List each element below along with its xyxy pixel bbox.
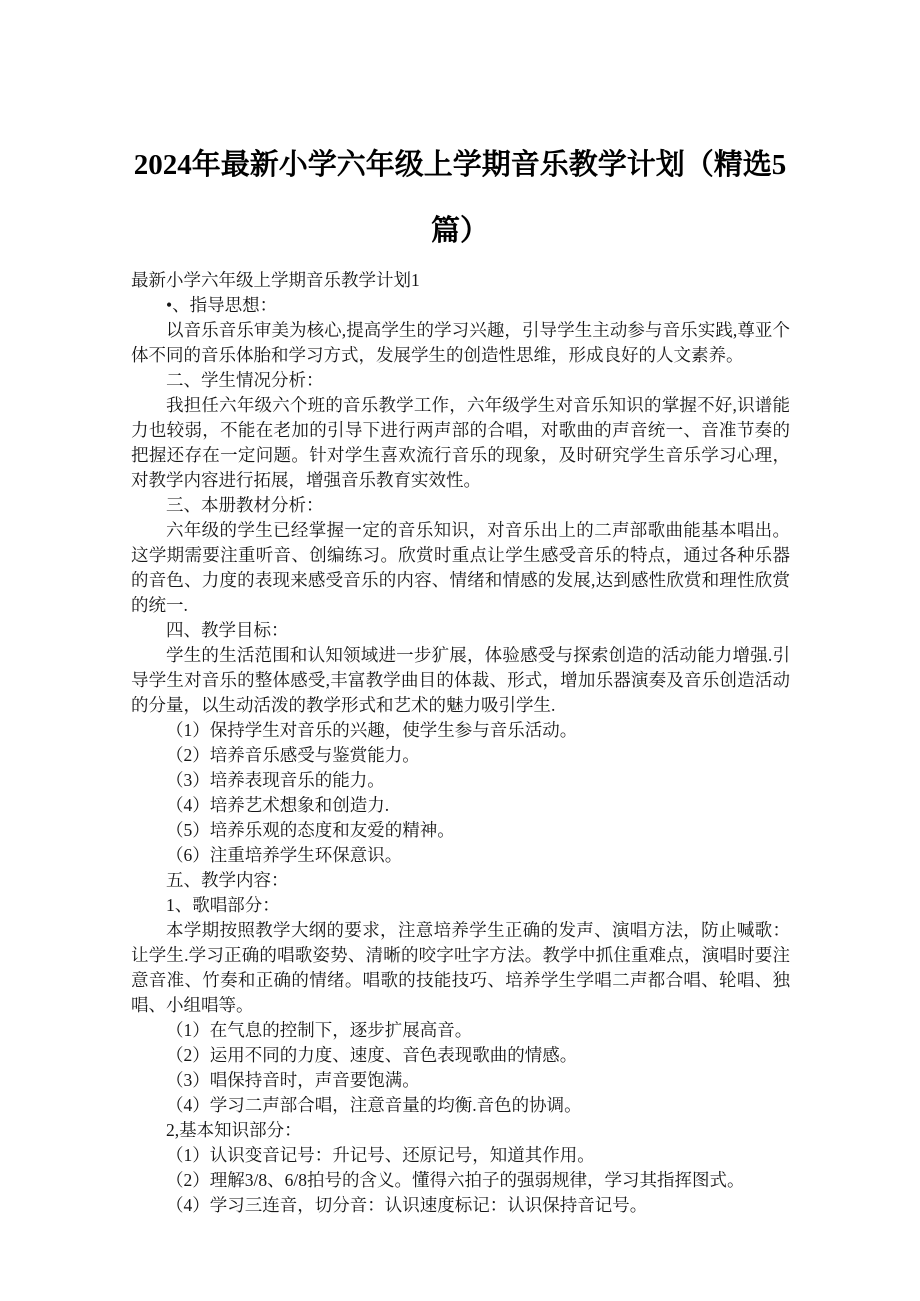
document-body: 最新小学六年级上学期音乐教学计划1•、指导思想：以音乐音乐审美为核心,提高学生的…	[131, 268, 790, 1218]
document-page: 2024年最新小学六年级上学期音乐教学计划（精选5 篇） 最新小学六年级上学期音…	[0, 0, 920, 1301]
list-item: （5）培养乐观的态度和友爱的精神。	[131, 818, 790, 843]
list-item: （2）理解3/8、6/8拍号的含义。懂得六拍子的强弱规律，学习其指挥图式。	[131, 1168, 790, 1193]
list-item: （4）学习三连音，切分音：认识速度标记：认识保持音记号。	[131, 1193, 790, 1218]
paragraph: 以音乐音乐审美为核心,提高学生的学习兴趣，引导学生主动参与音乐实践,尊亚个体不同…	[131, 318, 790, 368]
document-subtitle: 最新小学六年级上学期音乐教学计划1	[131, 268, 790, 293]
section-heading: 三、本册教材分析：	[131, 493, 790, 518]
list-item: （1）认识变音记号：升记号、还原记号，知道其作用。	[131, 1143, 790, 1168]
list-item: （4）培养艺术想象和创造力.	[131, 793, 790, 818]
paragraph: 我担任六年级六个班的音乐教学工作，六年级学生对音乐知识的掌握不好,识谱能力也较弱…	[131, 393, 790, 493]
list-item: （6）注重培养学生环保意识。	[131, 843, 790, 868]
list-item: （1）在气息的控制下，逐步扩展高音。	[131, 1018, 790, 1043]
section-heading: 二、学生情况分析：	[131, 368, 790, 393]
section-heading: 四、教学目标：	[131, 618, 790, 643]
section-heading: 五、教学内容：	[131, 868, 790, 893]
paragraph: 六年级的学生已经掌握一定的音乐知识，对音乐出上的二声部歌曲能基本唱出。这学期需要…	[131, 518, 790, 618]
document-title: 2024年最新小学六年级上学期音乐教学计划（精选5 篇）	[0, 132, 920, 264]
list-item: （4）学习二声部合唱，注意音量的均衡.音色的协调。	[131, 1093, 790, 1118]
sub-heading: 2,基本知识部分：	[131, 1118, 790, 1143]
sub-heading: 1、歌唱部分：	[131, 893, 790, 918]
paragraph: 学生的生活范围和认知领域进一步犷展，体验感受与探索创造的活动能力增强.引导学生对…	[131, 643, 790, 718]
list-item: （3）培养表现音乐的能力。	[131, 768, 790, 793]
list-item: （3）唱保持音时，声音要饱满。	[131, 1068, 790, 1093]
paragraph: 本学期按照教学大纲的要求，注意培养学生正确的发声、演唱方法，防止喊歌：让学生.学…	[131, 918, 790, 1018]
section-heading: •、指导思想：	[131, 293, 790, 318]
list-item: （2）培养音乐感受与鉴赏能力。	[131, 743, 790, 768]
document-title-line-1: 2024年最新小学六年级上学期音乐教学计划（精选5	[0, 132, 920, 198]
document-title-line-2: 篇）	[0, 198, 920, 264]
list-item: （1）保持学生对音乐的兴趣，使学生参与音乐活动。	[131, 718, 790, 743]
list-item: （2）运用不同的力度、速度、音色表现歌曲的情感。	[131, 1043, 790, 1068]
